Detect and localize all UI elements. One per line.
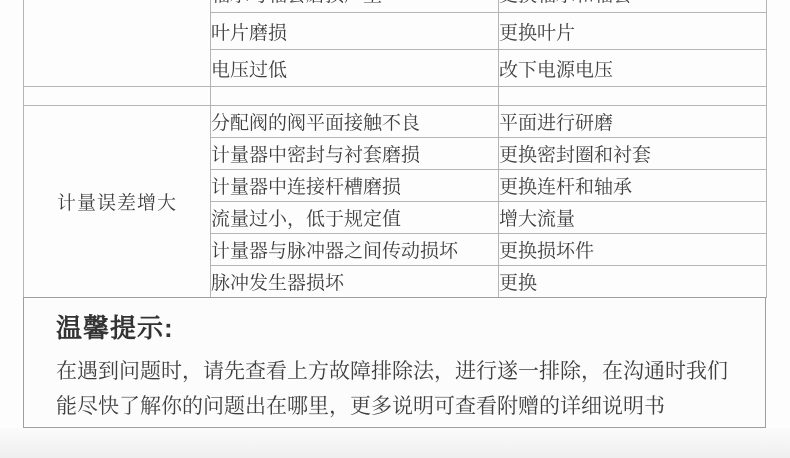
fault-cell: 流量过小，低于规定值 [211,202,499,234]
fault-cell: 分配阀的阀平面接触不良 [211,106,499,138]
spacer-cell [499,87,767,106]
tip-box: 温馨提示: 在遇到问题时，请先查看上方故障排除法，进行遂一排除，在沟通时我们 能… [23,297,766,428]
remedy-cell: 更换连杆和轴承 [499,170,767,202]
fault-cell: 计量器与脉冲器之间传动损坏 [211,234,499,266]
fault-cell: 计量器中连接杆槽磨损 [211,170,499,202]
remedy-cell: 更换 [499,266,767,298]
remedy-cell: 增大流量 [499,202,767,234]
remedy-cell: 更换密封圈和衬套 [499,138,767,170]
fault-cell: 轴承与轴套磨损严重 [211,0,499,13]
troubleshooting-table: 轴承与轴套磨损严重 更换轴承和轴套 叶片磨损 更换叶片 电压过低 改下电源电压 … [23,0,767,298]
tip-title: 温馨提示: [56,308,174,345]
remedy-cell: 更换轴承和轴套 [499,0,767,13]
tip-text-line: 能尽快了解你的问题出在哪里，更多说明可查看附赠的详细说明书 [56,390,746,420]
table-row: 计量误差增大 分配阀的阀平面接触不良 平面进行研磨 [24,106,767,138]
section-header-cell [24,0,211,87]
remedy-cell: 更换叶片 [499,13,767,50]
remedy-cell: 平面进行研磨 [499,106,767,138]
section-spacer-row [24,87,767,106]
spacer-cell [24,87,211,106]
remedy-cell: 改下电源电压 [499,50,767,87]
page-bottom-shading [0,428,790,458]
fault-cell: 叶片磨损 [211,13,499,50]
spacer-cell [211,87,499,106]
page: 轴承与轴套磨损严重 更换轴承和轴套 叶片磨损 更换叶片 电压过低 改下电源电压 … [0,0,790,458]
tip-text-line: 在遇到问题时，请先查看上方故障排除法，进行遂一排除，在沟通时我们 [56,355,746,385]
table-row: 轴承与轴套磨损严重 更换轴承和轴套 [24,0,767,13]
remedy-cell: 更换损坏件 [499,234,767,266]
fault-cell: 脉冲发生器损坏 [211,266,499,298]
section-header-cell: 计量误差增大 [24,106,211,298]
fault-cell: 电压过低 [211,50,499,87]
fault-cell: 计量器中密封与衬套磨损 [211,138,499,170]
